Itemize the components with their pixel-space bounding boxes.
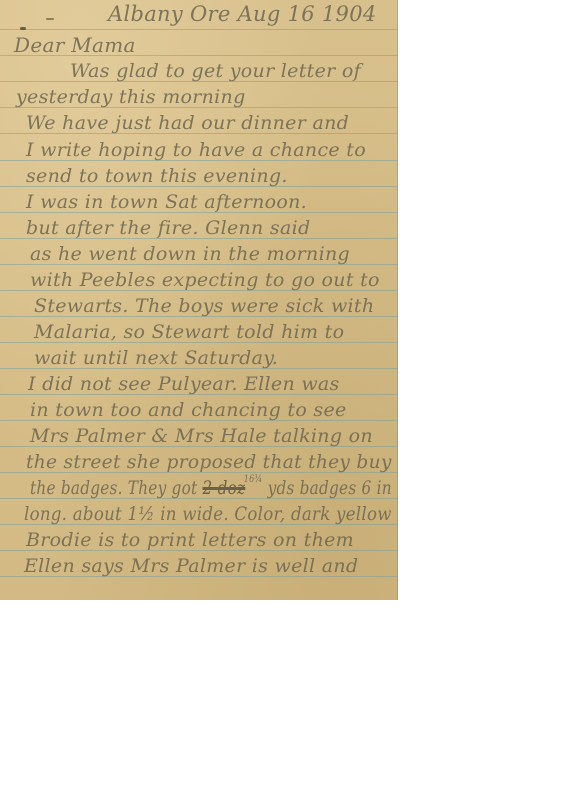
letter-line: as he went down in the morning <box>30 243 350 265</box>
letter-line: I was in town Sat afternoon. <box>26 191 307 213</box>
letter-paper: Albany Ore Aug 16 1904 Dear Mama Was gla… <box>0 0 398 600</box>
letter-line: Mrs Palmer & Mrs Hale talking on <box>30 425 373 447</box>
letter-salutation: Dear Mama <box>14 33 136 57</box>
letter-line: yesterday this morning <box>16 86 246 108</box>
ruled-line <box>0 29 398 30</box>
letter-line: Ellen says Mrs Palmer is well and <box>24 555 358 577</box>
ink-smudge <box>46 18 54 20</box>
letter-line: I did not see Pulyear. Ellen was <box>28 373 340 395</box>
scanned-page: Albany Ore Aug 16 1904 Dear Mama Was gla… <box>0 0 582 800</box>
letter-line: I write hoping to have a chance to <box>26 139 366 161</box>
letter-line-badges: the badges. They got 2 doz16¾ yds badges… <box>30 477 392 499</box>
struck-text: 2 doz <box>203 477 246 499</box>
letter-line: Malaria, so Stewart told him to <box>34 321 344 343</box>
letter-line: Was glad to get your letter of <box>70 60 361 82</box>
letter-line: Brodie is to print letters on them <box>26 529 354 551</box>
letter-line: the street she proposed that they buy <box>26 451 392 473</box>
badges-line-start: the badges. They got <box>30 477 197 499</box>
letter-line: send to town this evening. <box>26 165 288 187</box>
inserted-correction: 16¾ <box>244 474 263 485</box>
letter-line: Stewarts. The boys were sick with <box>34 295 374 317</box>
letter-line: wait until next Saturday. <box>34 347 278 369</box>
badges-line-end: yds badges 6 in <box>268 477 392 499</box>
letter-line: but after the fire. Glenn said <box>26 217 310 239</box>
letter-line: We have just had our dinner and <box>26 112 349 134</box>
letter-date-heading: Albany Ore Aug 16 1904 <box>108 2 377 26</box>
letter-line: with Peebles expecting to go out to <box>30 269 380 291</box>
ink-smudge <box>20 27 26 30</box>
letter-line: long. about 1½ in wide. Color, dark yell… <box>24 503 392 525</box>
letter-line: in town too and chancing to see <box>30 399 347 421</box>
